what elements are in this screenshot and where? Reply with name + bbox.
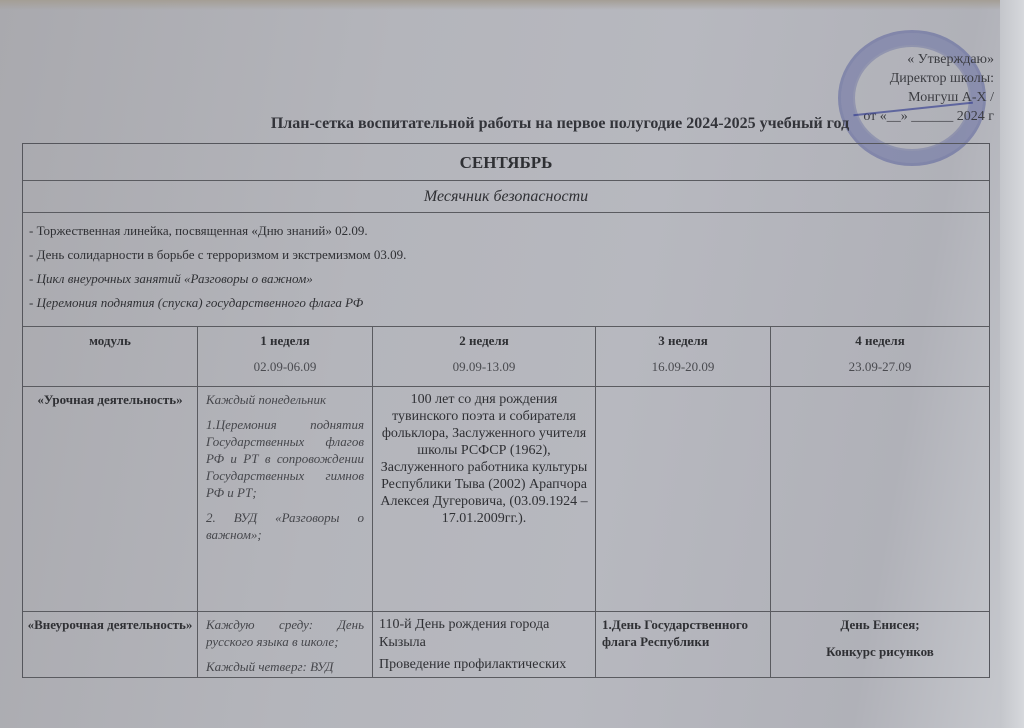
week-2-cell: 110-й День рождения города Кызыла Провед… [373, 612, 596, 677]
month-theme: Месячник безопасности [23, 181, 989, 213]
table-row: «Внеурочная деятельность» Каждую среду: … [23, 612, 989, 678]
week-3-cell: 1.День Государственного флага Республики [596, 612, 771, 677]
approval-heading: « Утверждаю» [863, 50, 994, 69]
key-events: - Торжественная линейка, посвященная «Дн… [23, 213, 989, 327]
event-item: - Церемония поднятия (спуска) государств… [29, 291, 983, 315]
event-item: - Торжественная линейка, посвященная «Дн… [29, 219, 983, 243]
event-item: - Цикл внеурочных занятий «Разговоры о в… [29, 267, 983, 291]
week-3-cell [596, 387, 771, 611]
approval-position: Директор школы: [863, 69, 994, 88]
document-title: План-сетка воспитательной работы на перв… [0, 115, 1000, 133]
plan-table: СЕНТЯБРЬ Месячник безопасности - Торжест… [22, 143, 990, 678]
table-row: «Урочная деятельность» Каждый понедельни… [23, 387, 989, 612]
module-name: «Урочная деятельность» [23, 387, 198, 611]
approval-name: Монгуш А-Х / [863, 88, 994, 107]
event-item: - День солидарности в борьбе с терроризм… [29, 243, 983, 267]
header-week-3: 3 неделя 16.09-20.09 [596, 327, 771, 386]
header-module: модуль [23, 327, 198, 386]
header-week-4: 4 неделя 23.09-27.09 [771, 327, 989, 386]
week-1-cell: Каждый понедельник 1.Церемония поднятия … [198, 387, 373, 611]
week-4-cell [771, 387, 989, 611]
header-week-1: 1 неделя 02.09-06.09 [198, 327, 373, 386]
module-name: «Внеурочная деятельность» [23, 612, 198, 677]
week-1-cell: Каждую среду: День русского языка в школ… [198, 612, 373, 677]
month-heading: СЕНТЯБРЬ [23, 144, 989, 181]
photo-background [0, 0, 1024, 10]
week-2-cell: 100 лет со дня рождения тувинского поэта… [373, 387, 596, 611]
page-edge [1000, 0, 1024, 728]
week-4-cell: День Енисея; Конкурс рисунков [771, 612, 989, 677]
header-week-2: 2 неделя 09.09-13.09 [373, 327, 596, 386]
table-header-row: модуль 1 неделя 02.09-06.09 2 неделя 09.… [23, 327, 989, 387]
